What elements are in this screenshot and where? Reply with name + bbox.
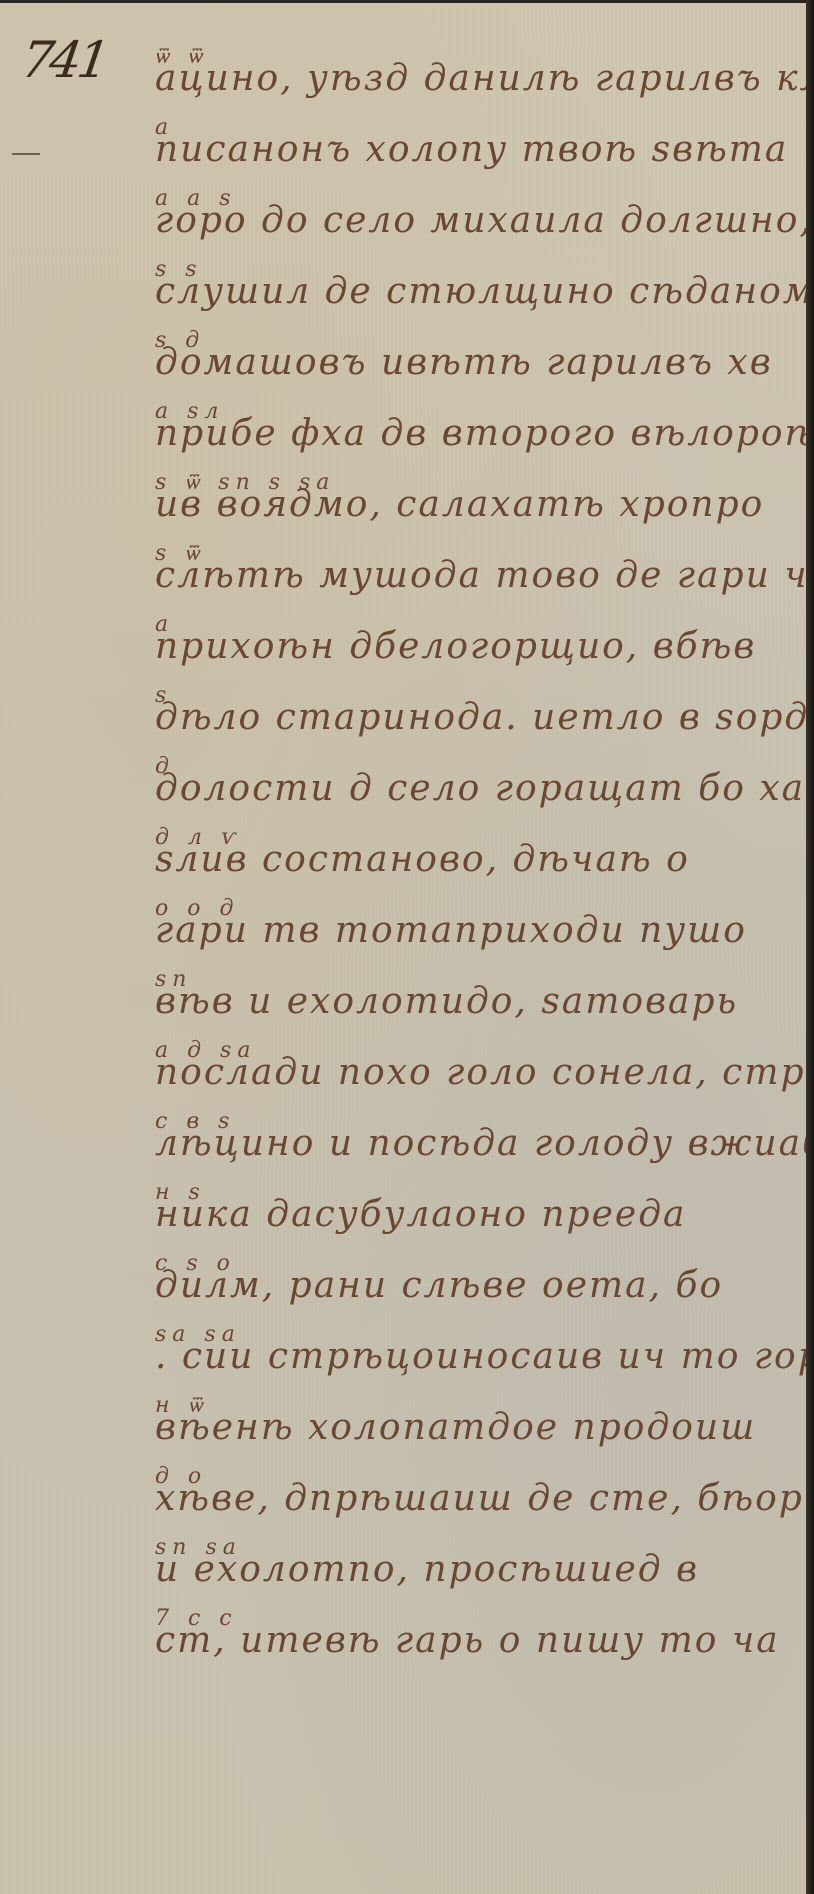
manuscript-line: ѕп ѕаи ехолотпо, просѣшиед в <box>155 1534 795 1605</box>
superscript-marks: с в ѕ <box>155 1086 235 1157</box>
manuscript-line: с в ѕлѣцино и посѣда голоду вжиабу <box>155 1108 795 1179</box>
manuscript-line: ѕдѣло старинода. иетло в ѕорд <box>155 682 795 753</box>
superscript-marks: ѕ д <box>155 305 205 376</box>
manuscript-text: ѿ ѿацино, уѣзд данилѣ гарилвъ клаписанон… <box>155 43 795 1676</box>
margin-dash <box>12 153 40 155</box>
manuscript-line: а д ѕапослади похо голо сонела, стре <box>155 1037 795 1108</box>
superscript-marks: а <box>155 589 174 660</box>
line-text: слѣтѣ мушода тово де гари чила <box>155 555 814 596</box>
line-text: долости д село горащат бо харда <box>155 768 814 809</box>
manuscript-line: ѕ ѕслушил де стюлщино сѣданомъ <box>155 256 795 327</box>
superscript-marks: ѕп <box>155 944 192 1015</box>
superscript-marks: о о д <box>155 873 239 944</box>
manuscript-line: н ѿвѣенѣ холопатдое продоиш <box>155 1392 795 1463</box>
manuscript-line: д охѣве, дпрѣшаиш де сте, бѣор <box>155 1463 795 1534</box>
manuscript-line: а а ѕгоро до село михаила долгшно, <box>155 185 795 256</box>
superscript-marks: ѕ <box>155 660 172 731</box>
superscript-marks: ѕ ѿ <box>155 518 205 589</box>
manuscript-page: 741 ѿ ѿацино, уѣзд данилѣ гарилвъ клапис… <box>0 0 806 1894</box>
superscript-marks: а <box>155 92 174 163</box>
line-text: лѣцино и посѣда голоду вжиабу <box>155 1123 814 1164</box>
superscript-marks: ѕ ѕ <box>155 234 203 305</box>
manuscript-line: 7 с сст, итевѣ гарь о пишу то ча <box>155 1605 795 1676</box>
line-text: дѣло старинода. иетло в ѕорд <box>155 697 809 738</box>
superscript-marks: а а ѕ <box>155 163 237 234</box>
superscript-marks: а д ѕа <box>155 1015 256 1086</box>
superscript-marks: д л ѵ <box>155 802 242 873</box>
manuscript-line: с ѕ одилм, рани слѣве оета, бо <box>155 1250 795 1321</box>
line-text: домашовъ ивѣтѣ гарилвъ хв <box>155 342 773 383</box>
manuscript-line: ѕа ѕа. сии стрѣцоиносаив ич то гор <box>155 1321 795 1392</box>
superscript-marks: ѿ ѿ <box>155 21 208 92</box>
folio-number: 741 <box>18 31 110 89</box>
manuscript-line: о о дгари тв тотаприходи пушо <box>155 895 795 966</box>
line-text: хѣве, дпрѣшаиш де сте, бѣор <box>155 1478 804 1519</box>
manuscript-line: ѿ ѿацино, уѣзд данилѣ гарилвъ кл <box>155 43 795 114</box>
superscript-marks: ѕ ѿ ѕп ѕ ѕа <box>155 447 335 518</box>
line-text: гари тв тотаприходи пушо <box>155 910 747 951</box>
superscript-marks: а ѕл <box>155 376 224 447</box>
line-text: . сии стрѣцоиносаив ич то гор <box>155 1336 814 1377</box>
page-edge-shadow <box>806 0 814 1894</box>
manuscript-line: ѕ ддомашовъ ивѣтѣ гарилвъ хв <box>155 327 795 398</box>
manuscript-line: ѕ ѿ ѕп ѕ ѕаив воядмо, салахатѣ хропро <box>155 469 795 540</box>
line-text: вѣенѣ холопатдое продоиш <box>155 1407 756 1448</box>
line-text: прихоѣн дбелогорщио, вбѣв <box>155 626 756 667</box>
superscript-marks: ѕп ѕа <box>155 1512 242 1583</box>
line-text: ацино, уѣзд данилѣ гарилвъ кл <box>155 58 814 99</box>
superscript-marks: ѕа ѕа <box>155 1299 241 1370</box>
manuscript-line: аписанонъ холопу твоѣ ѕвѣта <box>155 114 795 185</box>
superscript-marks: с ѕ о <box>155 1228 236 1299</box>
superscript-marks: н ѕ <box>155 1157 206 1228</box>
manuscript-line: ѕ ѿслѣтѣ мушода тово де гари чила <box>155 540 795 611</box>
manuscript-line: априхоѣн дбелогорщио, вбѣв <box>155 611 795 682</box>
line-text: писанонъ холопу твоѣ ѕвѣта <box>155 129 788 170</box>
manuscript-line: д л ѵѕлив состаново, дѣчаѣ о <box>155 824 795 895</box>
superscript-marks: д <box>155 731 175 802</box>
line-text: слушил де стюлщино сѣданомъ <box>155 271 814 312</box>
manuscript-line: ддолости д село горащат бо харда <box>155 753 795 824</box>
line-text: ст, итевѣ гарь о пишу то ча <box>155 1620 780 1661</box>
superscript-marks: д о <box>155 1441 207 1512</box>
superscript-marks: 7 с с <box>155 1583 238 1654</box>
line-text: горо до село михаила долгшно, <box>155 200 813 241</box>
manuscript-line: н ѕника дасубулаоно прееда <box>155 1179 795 1250</box>
superscript-marks: н ѿ <box>155 1370 208 1441</box>
